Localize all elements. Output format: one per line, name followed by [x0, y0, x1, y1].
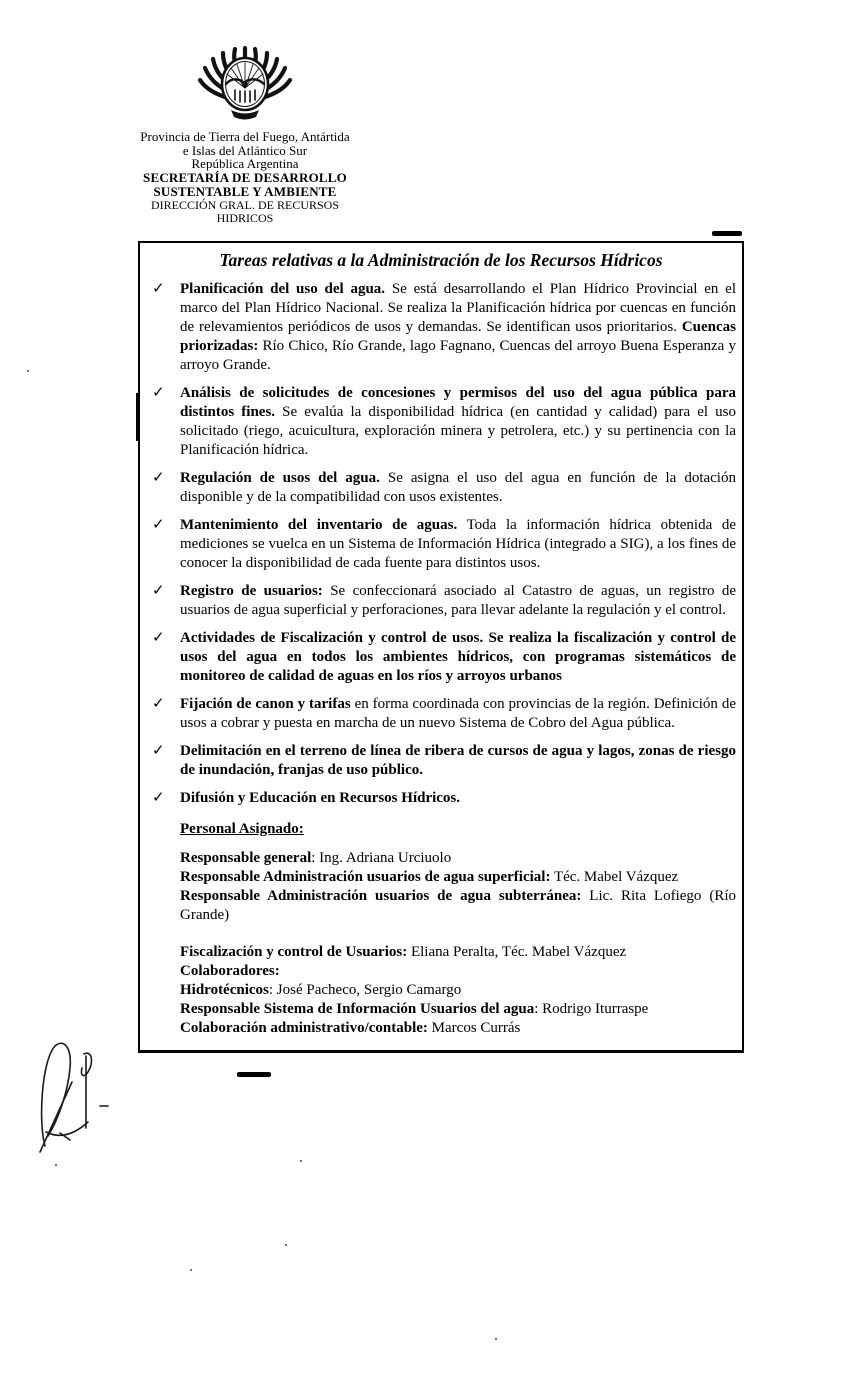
province-name-line: e Islas del Atlántico Sur	[118, 144, 372, 158]
bold-text: Planificación del uso del agua.	[180, 281, 385, 297]
coat-of-arms-icon	[197, 46, 293, 122]
bold-text: Colaboración administrativo/contable:	[180, 1020, 428, 1036]
task-item: ✓Registro de usuarios: Se confeccionará …	[146, 582, 736, 620]
bold-text: Regulación de usos del agua.	[180, 470, 380, 486]
task-item: ✓Regulación de usos del agua. Se asigna …	[146, 469, 736, 507]
secretariat-line: SECRETARÍA DE DESARROLLO	[118, 171, 372, 185]
personnel-lines: Responsable general: Ing. Adriana Urciuo…	[180, 849, 736, 1038]
personnel-line: Colaboración administrativo/contable: Ma…	[180, 1019, 736, 1038]
personnel-line: Hidrotécnicos: José Pacheco, Sergio Cama…	[180, 981, 736, 1000]
personnel-line: Responsable general: Ing. Adriana Urciuo…	[180, 849, 736, 868]
checkmark-icon: ✓	[152, 629, 165, 648]
personnel-line: Fiscalización y control de Usuarios: Eli…	[180, 943, 736, 962]
personnel-section: Personal Asignado: Responsable general: …	[146, 820, 736, 1038]
body-text: Téc. Mabel Vázquez	[550, 869, 678, 885]
scanned-document-page: Provincia de Tierra del Fuego, Antártida…	[0, 0, 850, 1400]
personnel-group: Responsable general: Ing. Adriana Urciuo…	[180, 849, 736, 925]
personnel-line: Responsable Sistema de Información Usuar…	[180, 1000, 736, 1019]
document-box: Tareas relativas a la Administración de …	[138, 241, 744, 1053]
body-text: : José Pacheco, Sergio Camargo	[269, 982, 461, 998]
checkmark-icon: ✓	[152, 695, 165, 714]
checkmark-icon: ✓	[152, 742, 165, 761]
scan-speck	[237, 1072, 271, 1077]
scan-dot	[300, 1160, 302, 1162]
direction-line: DIRECCIÓN GRAL. DE RECURSOS	[118, 199, 372, 212]
country-line: República Argentina	[118, 157, 372, 171]
personnel-group: Fiscalización y control de Usuarios: Eli…	[180, 943, 736, 1038]
personnel-line: Colaboradores:	[180, 962, 736, 981]
scan-dot	[495, 1338, 497, 1340]
scan-speck	[712, 231, 742, 236]
bold-text: Actividades de Fiscalización y control d…	[180, 630, 736, 684]
bold-text: Mantenimiento del inventario de aguas.	[180, 517, 457, 533]
bold-text: Hidrotécnicos	[180, 982, 269, 998]
task-item: ✓Delimitación en el terreno de línea de …	[146, 742, 736, 780]
task-item: ✓Fijación de canon y tarifas en forma co…	[146, 695, 736, 733]
body-text: Eliana Peralta, Téc. Mabel Vázquez	[407, 944, 626, 960]
task-item: ✓Análisis de solicitudes de concesiones …	[146, 384, 736, 460]
task-item: ✓Mantenimiento del inventario de aguas. …	[146, 516, 736, 573]
checkmark-icon: ✓	[152, 384, 165, 403]
checkmark-icon: ✓	[152, 789, 165, 808]
checkmark-icon: ✓	[152, 582, 165, 601]
scan-speck	[136, 393, 139, 441]
task-list: ✓Planificación del uso del agua. Se está…	[146, 280, 736, 808]
body-text: Marcos Currás	[428, 1020, 520, 1036]
bold-text: Delimitación en el terreno de línea de r…	[180, 743, 736, 778]
document-title: Tareas relativas a la Administración de …	[146, 248, 736, 272]
body-text: : Ing. Adriana Urciuolo	[311, 850, 451, 866]
scan-dot	[285, 1244, 287, 1246]
bold-text: Responsable general	[180, 850, 311, 866]
letterhead: Provincia de Tierra del Fuego, Antártida…	[118, 46, 372, 225]
scan-dot	[27, 370, 29, 372]
task-item: ✓Planificación del uso del agua. Se está…	[146, 280, 736, 375]
bold-text: Responsable Administración usuarios de a…	[180, 869, 550, 885]
province-name-line: Provincia de Tierra del Fuego, Antártida	[118, 130, 372, 144]
bold-text: Fiscalización y control de Usuarios:	[180, 944, 407, 960]
checkmark-icon: ✓	[152, 280, 165, 299]
personnel-line: Responsable Administración usuarios de a…	[180, 887, 736, 925]
handwritten-signature	[22, 1035, 134, 1160]
body-text: Río Chico, Río Grande, lago Fagnano, Cue…	[180, 338, 736, 373]
task-item: ✓Difusión y Educación en Recursos Hídric…	[146, 789, 736, 808]
scan-dot	[55, 1164, 57, 1166]
bold-text: Registro de usuarios:	[180, 583, 323, 599]
checkmark-icon: ✓	[152, 516, 165, 535]
bold-text: Fijación de canon y tarifas	[180, 696, 351, 712]
secretariat-line: SUSTENTABLE Y AMBIENTE	[118, 185, 372, 199]
personnel-line: Responsable Administración usuarios de a…	[180, 868, 736, 887]
bold-text: Difusión y Educación en Recursos Hídrico…	[180, 790, 460, 806]
body-text: : Rodrigo Iturraspe	[534, 1001, 648, 1017]
bold-text: Responsable Sistema de Información Usuar…	[180, 1001, 534, 1017]
task-item: ✓Actividades de Fiscalización y control …	[146, 629, 736, 686]
bold-text: Colaboradores:	[180, 963, 280, 979]
checkmark-icon: ✓	[152, 469, 165, 488]
direction-line: HIDRICOS	[118, 212, 372, 225]
personnel-heading: Personal Asignado:	[180, 820, 736, 839]
bold-text: Responsable Administración usuarios de a…	[180, 888, 581, 904]
scan-dot	[190, 1269, 192, 1271]
